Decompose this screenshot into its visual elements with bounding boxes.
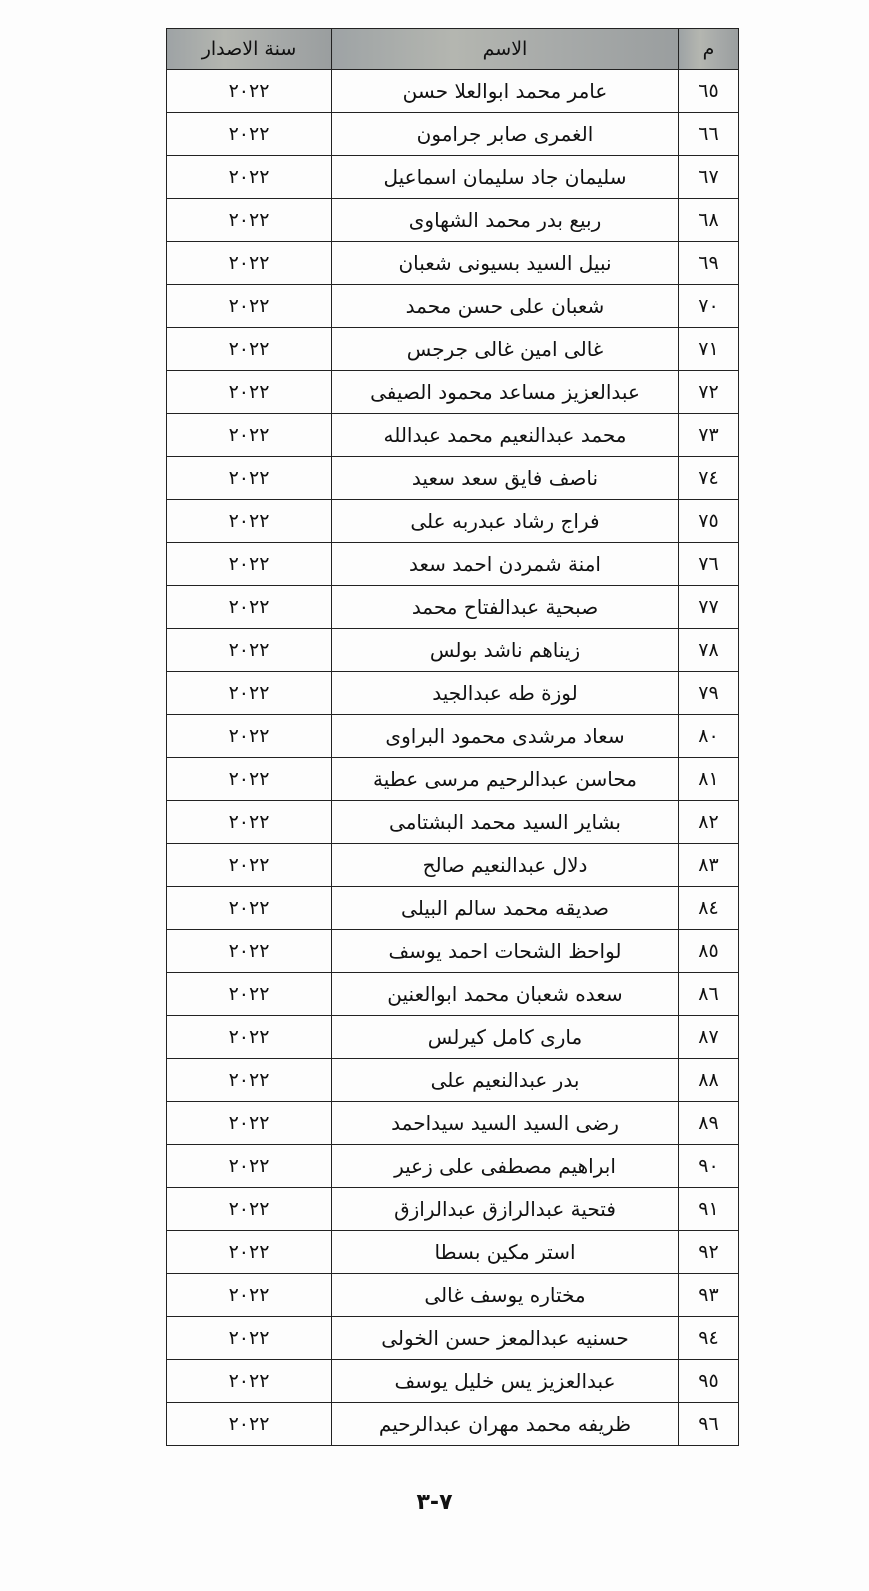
row-year: ٢٠٢٢ — [167, 973, 332, 1016]
row-name: سليمان جاد سليمان اسماعيل — [332, 156, 679, 199]
row-name: زيناهم ناشد بولس — [332, 629, 679, 672]
table-row: ٨٩رضى السيد السيد سيداحمد٢٠٢٢ — [167, 1102, 739, 1145]
table-row: ٧٩لوزة طه عبدالجيد٢٠٢٢ — [167, 672, 739, 715]
row-name: لواحظ الشحات احمد يوسف — [332, 930, 679, 973]
row-name: شعبان على حسن محمد — [332, 285, 679, 328]
table-row: ٩٢استر مكين بسطا٢٠٢٢ — [167, 1231, 739, 1274]
row-name: محمد عبدالنعيم محمد عبدالله — [332, 414, 679, 457]
table-row: ٩٦ظريفه محمد مهران عبدالرحيم٢٠٢٢ — [167, 1403, 739, 1446]
row-name: نبيل السيد بسيونى شعبان — [332, 242, 679, 285]
row-year: ٢٠٢٢ — [167, 70, 332, 113]
table-row: ٧٨زيناهم ناشد بولس٢٠٢٢ — [167, 629, 739, 672]
row-name: غالى امين غالى جرجس — [332, 328, 679, 371]
row-year: ٢٠٢٢ — [167, 1317, 332, 1360]
row-number: ٨٥ — [679, 930, 739, 973]
row-number: ٧٥ — [679, 500, 739, 543]
row-name: فراج رشاد عبدربه على — [332, 500, 679, 543]
row-number: ٧٩ — [679, 672, 739, 715]
row-number: ٦٦ — [679, 113, 739, 156]
row-number: ٨٩ — [679, 1102, 739, 1145]
row-name: صديقه محمد سالم البيلى — [332, 887, 679, 930]
row-number: ٧٣ — [679, 414, 739, 457]
table-row: ٧٢عبدالعزيز مساعد محمود الصيفى٢٠٢٢ — [167, 371, 739, 414]
row-year: ٢٠٢٢ — [167, 1145, 332, 1188]
row-year: ٢٠٢٢ — [167, 715, 332, 758]
table-row: ٨٥لواحظ الشحات احمد يوسف٢٠٢٢ — [167, 930, 739, 973]
row-name: سعده شعبان محمد ابوالعنين — [332, 973, 679, 1016]
row-number: ٦٥ — [679, 70, 739, 113]
row-number: ٧٢ — [679, 371, 739, 414]
row-year: ٢٠٢٢ — [167, 414, 332, 457]
row-number: ٧٦ — [679, 543, 739, 586]
table-header-row: م الاسم سنة الاصدار — [167, 29, 739, 70]
table-row: ٦٨ربيع بدر محمد الشهاوى٢٠٢٢ — [167, 199, 739, 242]
table-row: ٧١غالى امين غالى جرجس٢٠٢٢ — [167, 328, 739, 371]
table-row: ٨٣دلال عبدالنعيم صالح٢٠٢٢ — [167, 844, 739, 887]
table-body: ٦٥عامر محمد ابوالعلا حسن٢٠٢٢٦٦الغمرى صاب… — [167, 70, 739, 1446]
table-row: ٦٦الغمرى صابر جرامون٢٠٢٢ — [167, 113, 739, 156]
row-year: ٢٠٢٢ — [167, 1102, 332, 1145]
row-year: ٢٠٢٢ — [167, 1274, 332, 1317]
row-name: محاسن عبدالرحيم مرسى عطية — [332, 758, 679, 801]
row-year: ٢٠٢٢ — [167, 113, 332, 156]
row-name: دلال عبدالنعيم صالح — [332, 844, 679, 887]
row-name: فتحية عبدالرازق عبدالرازق — [332, 1188, 679, 1231]
row-number: ٧١ — [679, 328, 739, 371]
table-row: ٦٥عامر محمد ابوالعلا حسن٢٠٢٢ — [167, 70, 739, 113]
row-year: ٢٠٢٢ — [167, 199, 332, 242]
row-name: رضى السيد السيد سيداحمد — [332, 1102, 679, 1145]
row-number: ٩٦ — [679, 1403, 739, 1446]
table-row: ٧٦امنة شمردن احمد سعد٢٠٢٢ — [167, 543, 739, 586]
row-number: ٩١ — [679, 1188, 739, 1231]
row-number: ٨٨ — [679, 1059, 739, 1102]
row-name: ربيع بدر محمد الشهاوى — [332, 199, 679, 242]
table-row: ٧٣محمد عبدالنعيم محمد عبدالله٢٠٢٢ — [167, 414, 739, 457]
table-row: ٨٤صديقه محمد سالم البيلى٢٠٢٢ — [167, 887, 739, 930]
row-year: ٢٠٢٢ — [167, 1360, 332, 1403]
table-row: ٧٥فراج رشاد عبدربه على٢٠٢٢ — [167, 500, 739, 543]
row-year: ٢٠٢٢ — [167, 1403, 332, 1446]
row-name: مارى كامل كيرلس — [332, 1016, 679, 1059]
row-number: ٧٠ — [679, 285, 739, 328]
roster-table: م الاسم سنة الاصدار ٦٥عامر محمد ابوالعلا… — [166, 28, 739, 1446]
row-year: ٢٠٢٢ — [167, 1188, 332, 1231]
row-number: ٩٥ — [679, 1360, 739, 1403]
row-year: ٢٠٢٢ — [167, 629, 332, 672]
row-year: ٢٠٢٢ — [167, 500, 332, 543]
table-row: ٨٧مارى كامل كيرلس٢٠٢٢ — [167, 1016, 739, 1059]
table-row: ٧٧صبحية عبدالفتاح محمد٢٠٢٢ — [167, 586, 739, 629]
table-row: ٩٣مختاره يوسف غالى٢٠٢٢ — [167, 1274, 739, 1317]
row-number: ٧٧ — [679, 586, 739, 629]
row-number: ٩٠ — [679, 1145, 739, 1188]
row-name: صبحية عبدالفتاح محمد — [332, 586, 679, 629]
row-number: ٩٤ — [679, 1317, 739, 1360]
table-row: ٩١فتحية عبدالرازق عبدالرازق٢٠٢٢ — [167, 1188, 739, 1231]
header-year: سنة الاصدار — [167, 29, 332, 70]
row-year: ٢٠٢٢ — [167, 801, 332, 844]
row-year: ٢٠٢٢ — [167, 1016, 332, 1059]
row-name: بشاير السيد محمد البشتامى — [332, 801, 679, 844]
row-number: ٨١ — [679, 758, 739, 801]
row-number: ٦٩ — [679, 242, 739, 285]
row-year: ٢٠٢٢ — [167, 758, 332, 801]
table-row: ٧٤ناصف فايق سعد سعيد٢٠٢٢ — [167, 457, 739, 500]
row-year: ٢٠٢٢ — [167, 844, 332, 887]
table-row: ٩٥عبدالعزيز يس خليل يوسف٢٠٢٢ — [167, 1360, 739, 1403]
table-row: ٩٠ابراهيم مصطفى على زعير٢٠٢٢ — [167, 1145, 739, 1188]
document-page: م الاسم سنة الاصدار ٦٥عامر محمد ابوالعلا… — [0, 0, 869, 1591]
row-number: ٨٧ — [679, 1016, 739, 1059]
row-name: مختاره يوسف غالى — [332, 1274, 679, 1317]
header-number: م — [679, 29, 739, 70]
row-year: ٢٠٢٢ — [167, 930, 332, 973]
table-row: ٨٢بشاير السيد محمد البشتامى٢٠٢٢ — [167, 801, 739, 844]
table-row: ٨٦سعده شعبان محمد ابوالعنين٢٠٢٢ — [167, 973, 739, 1016]
row-name: ناصف فايق سعد سعيد — [332, 457, 679, 500]
row-number: ٨٠ — [679, 715, 739, 758]
row-name: ابراهيم مصطفى على زعير — [332, 1145, 679, 1188]
table-row: ٨٨بدر عبدالنعيم على٢٠٢٢ — [167, 1059, 739, 1102]
row-number: ٧٨ — [679, 629, 739, 672]
table-row: ٨١محاسن عبدالرحيم مرسى عطية٢٠٢٢ — [167, 758, 739, 801]
row-number: ٨٦ — [679, 973, 739, 1016]
row-number: ٧٤ — [679, 457, 739, 500]
row-number: ٨٢ — [679, 801, 739, 844]
table-row: ٨٠سعاد مرشدى محمود البراوى٢٠٢٢ — [167, 715, 739, 758]
row-year: ٢٠٢٢ — [167, 328, 332, 371]
row-year: ٢٠٢٢ — [167, 1059, 332, 1102]
row-name: ظريفه محمد مهران عبدالرحيم — [332, 1403, 679, 1446]
row-name: الغمرى صابر جرامون — [332, 113, 679, 156]
row-year: ٢٠٢٢ — [167, 887, 332, 930]
row-number: ٩٢ — [679, 1231, 739, 1274]
row-name: عامر محمد ابوالعلا حسن — [332, 70, 679, 113]
table-row: ٦٩نبيل السيد بسيونى شعبان٢٠٢٢ — [167, 242, 739, 285]
row-year: ٢٠٢٢ — [167, 672, 332, 715]
row-number: ٨٣ — [679, 844, 739, 887]
row-year: ٢٠٢٢ — [167, 586, 332, 629]
row-number: ٩٣ — [679, 1274, 739, 1317]
row-name: لوزة طه عبدالجيد — [332, 672, 679, 715]
row-year: ٢٠٢٢ — [167, 285, 332, 328]
table-row: ٧٠شعبان على حسن محمد٢٠٢٢ — [167, 285, 739, 328]
row-year: ٢٠٢٢ — [167, 457, 332, 500]
row-number: ٨٤ — [679, 887, 739, 930]
row-name: سعاد مرشدى محمود البراوى — [332, 715, 679, 758]
table-row: ٩٤حسنيه عبدالمعز حسن الخولى٢٠٢٢ — [167, 1317, 739, 1360]
row-name: حسنيه عبدالمعز حسن الخولى — [332, 1317, 679, 1360]
row-number: ٦٨ — [679, 199, 739, 242]
row-number: ٦٧ — [679, 156, 739, 199]
row-year: ٢٠٢٢ — [167, 1231, 332, 1274]
row-name: بدر عبدالنعيم على — [332, 1059, 679, 1102]
row-year: ٢٠٢٢ — [167, 371, 332, 414]
header-name: الاسم — [332, 29, 679, 70]
row-year: ٢٠٢٢ — [167, 242, 332, 285]
page-number: ٧-٣ — [0, 1490, 869, 1515]
row-name: امنة شمردن احمد سعد — [332, 543, 679, 586]
row-name: عبدالعزيز مساعد محمود الصيفى — [332, 371, 679, 414]
table-row: ٦٧سليمان جاد سليمان اسماعيل٢٠٢٢ — [167, 156, 739, 199]
row-year: ٢٠٢٢ — [167, 156, 332, 199]
row-year: ٢٠٢٢ — [167, 543, 332, 586]
row-name: استر مكين بسطا — [332, 1231, 679, 1274]
row-name: عبدالعزيز يس خليل يوسف — [332, 1360, 679, 1403]
